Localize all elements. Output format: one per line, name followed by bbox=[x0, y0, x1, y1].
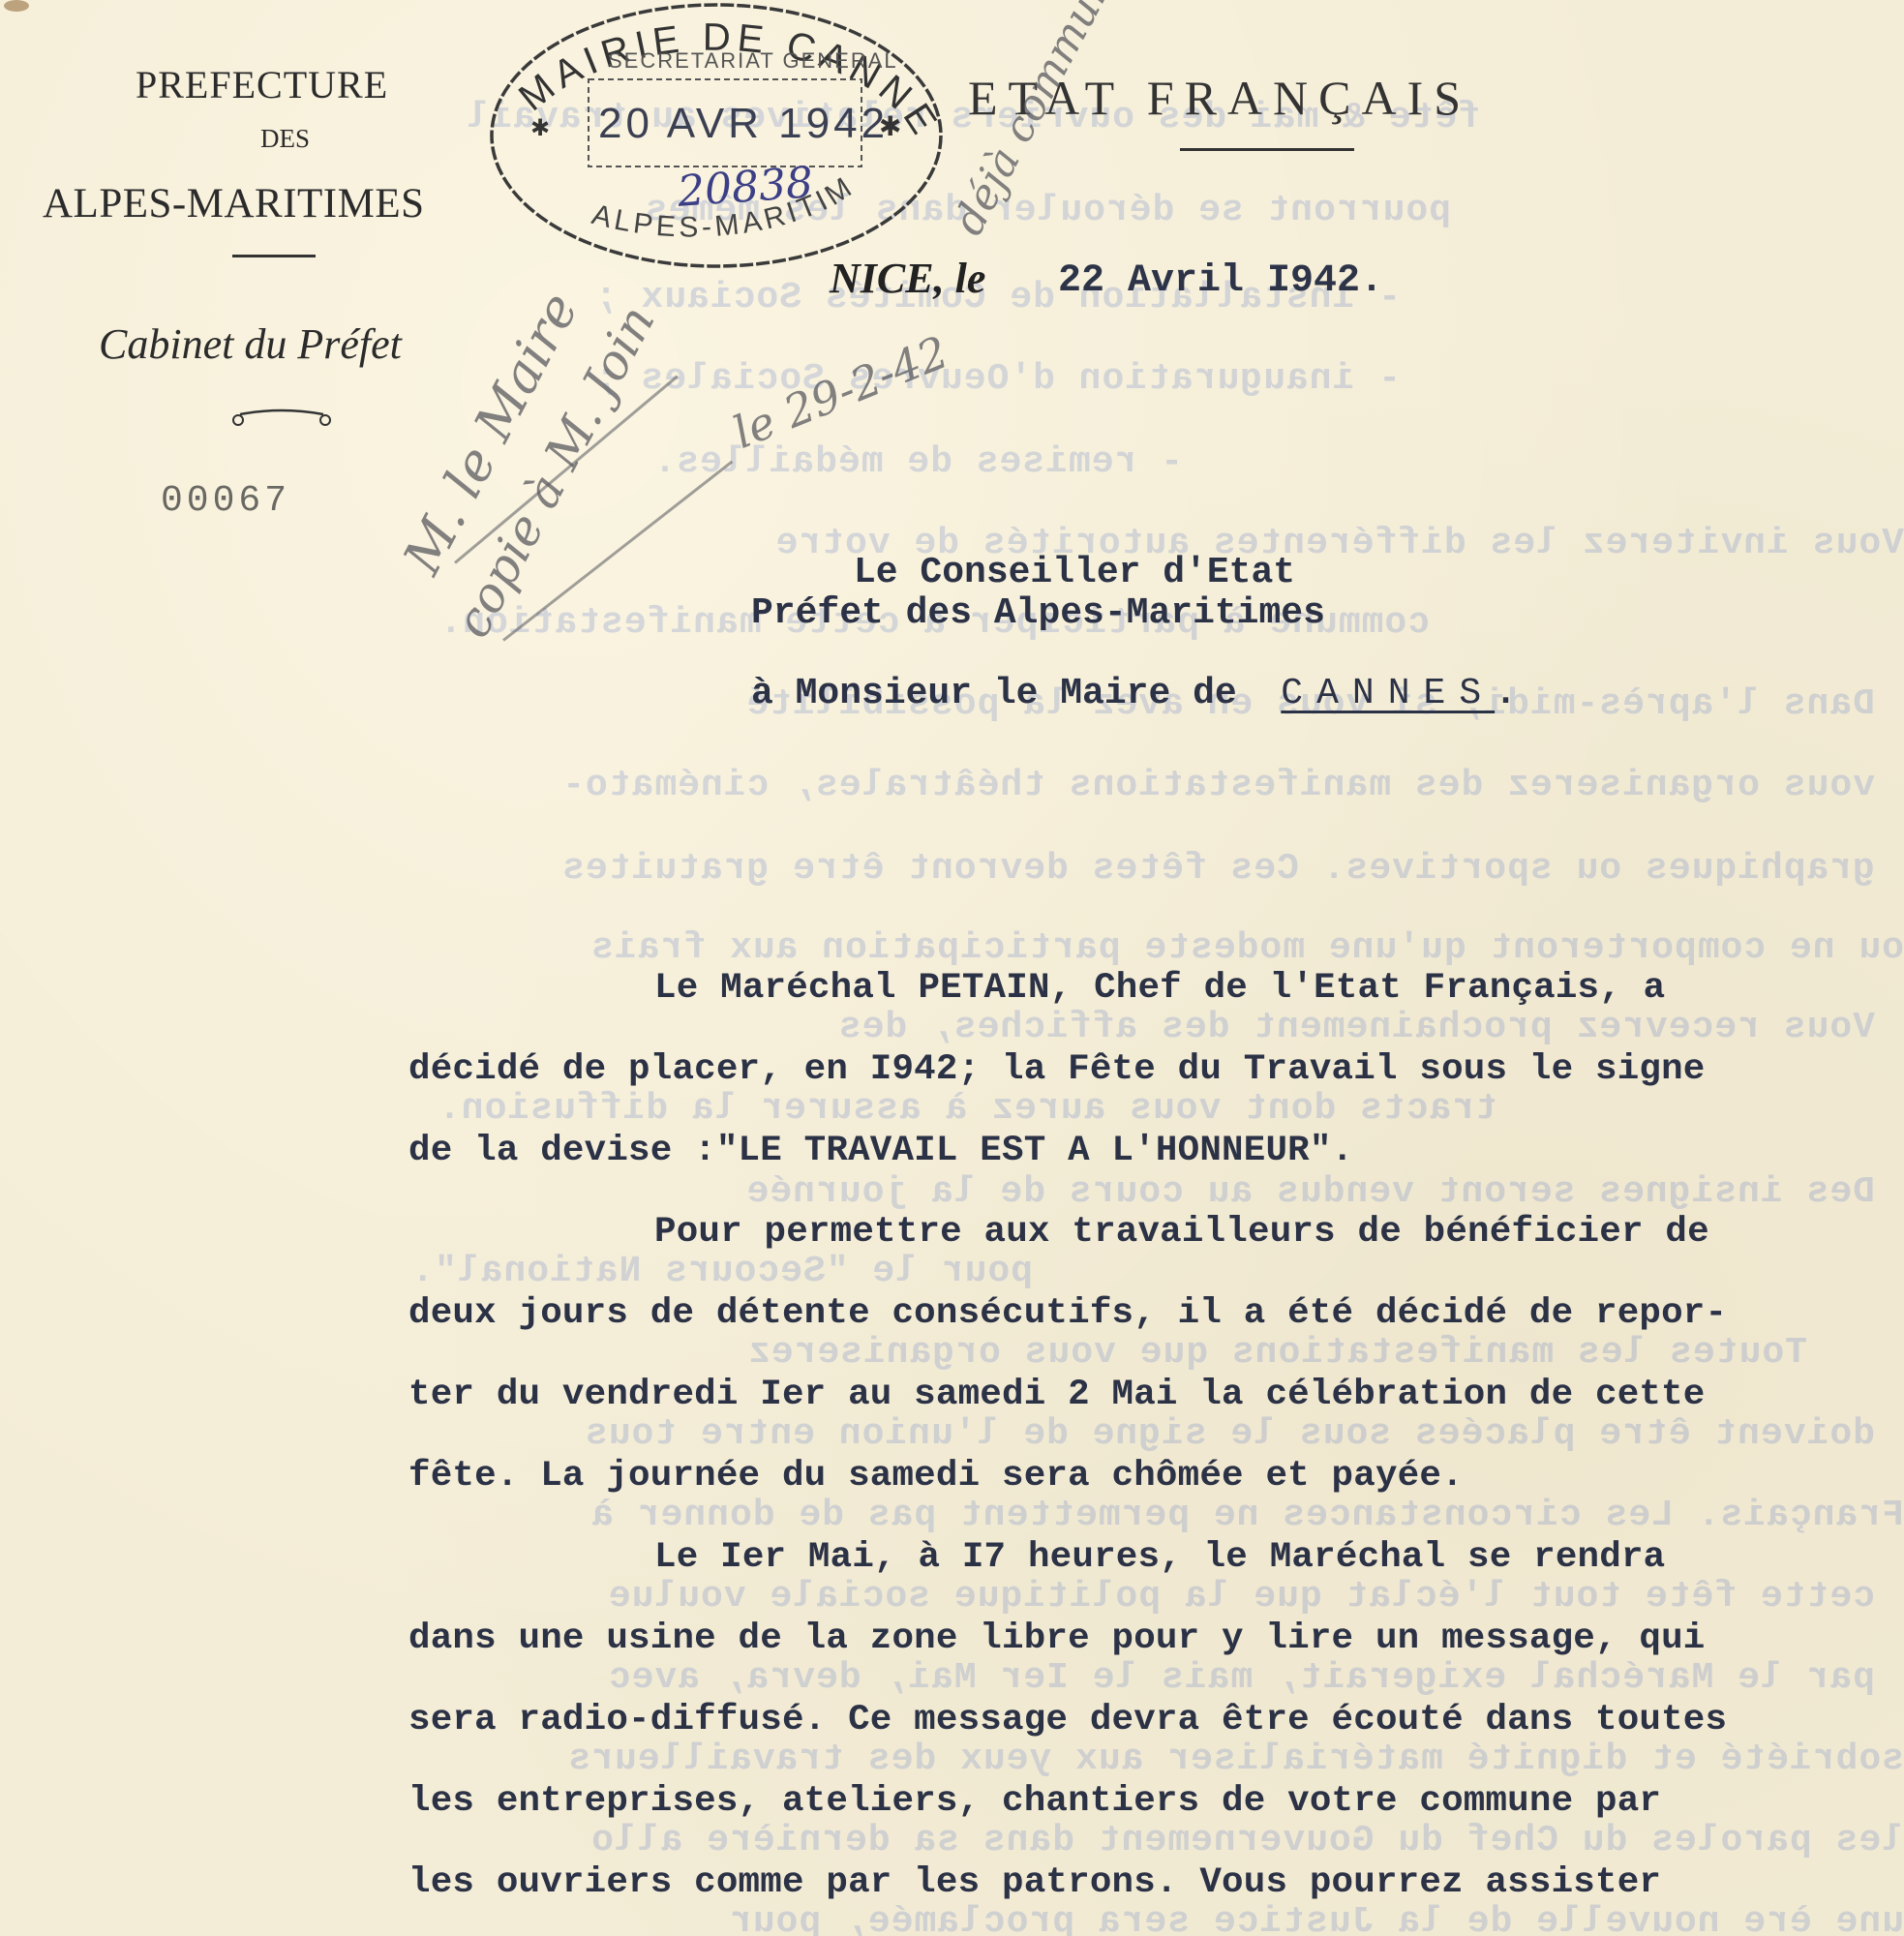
bleed-line: graphiques ou sportives. Ces fêtes devro… bbox=[561, 848, 1875, 890]
letterhead-prefecture: PREFECTURE bbox=[136, 62, 388, 107]
letterhead-des: DES bbox=[260, 124, 310, 154]
body-line: Pour permettre aux travailleurs de bénéf… bbox=[654, 1212, 1709, 1253]
bleed-line: doivent être placées sous le signe de l'… bbox=[585, 1413, 1875, 1455]
body-line: les entreprises, ateliers, chantiers de … bbox=[408, 1781, 1661, 1822]
body-line: de la devise :"LE TRAVAIL EST A L'HONNEU… bbox=[408, 1131, 1353, 1171]
stamp-registration-number: 20838 bbox=[676, 158, 814, 217]
bleed-line: Français. Les circonstances ne permetten… bbox=[590, 1495, 1904, 1536]
letterhead-office: Cabinet du Préfet bbox=[99, 319, 402, 369]
letterhead-divider bbox=[232, 255, 316, 257]
stain-mark bbox=[4, 0, 29, 12]
bleed-line: sobriété et dignité matérialiser aux yeu… bbox=[567, 1739, 1904, 1780]
letterhead-department: ALPES-MARITIMES bbox=[43, 180, 425, 227]
reference-number: 00067 bbox=[161, 480, 290, 522]
bleed-line: Toutes les manifestations que vous organ… bbox=[747, 1332, 1807, 1374]
body-line: ter du vendredi Ier au samedi 2 Mai la c… bbox=[408, 1375, 1706, 1415]
recipient-line: à Monsieur le Maire de CANNES. bbox=[751, 673, 1517, 714]
letter-date: 22 Avril I942. bbox=[1058, 259, 1383, 303]
svg-text:✱: ✱ bbox=[879, 110, 901, 142]
bleed-line: - inauguration d'Oeuvres Sociales ; bbox=[594, 358, 1401, 400]
bleed-line: tracts dont vous aurez à assurer la diff… bbox=[438, 1088, 1497, 1130]
body-line: fête. La journée du samedi sera chômée e… bbox=[408, 1456, 1464, 1497]
stamp-inner-top: SECRETARIAT GENERAL bbox=[608, 48, 898, 73]
recipient-city: CANNES bbox=[1281, 673, 1495, 714]
bleed-line: Vous recevrez prochainement des affiches… bbox=[838, 1007, 1875, 1048]
stamp-oval-icon: MAIRIE DE CANNES SECRETARIAT GENERAL 20 … bbox=[484, 0, 949, 281]
body-line: Le Ier Mai, à I7 heures, le Maréchal se … bbox=[654, 1537, 1665, 1578]
letterhead-state-divider bbox=[1180, 148, 1354, 151]
body-line: Le Maréchal PETAIN, Chef de l'Etat Franç… bbox=[654, 968, 1665, 1009]
bleed-line: Des insignes seront vendus au cours de l… bbox=[746, 1171, 1875, 1213]
bleed-line: une ère nouvelle de la Justice sera proc… bbox=[729, 1901, 1904, 1936]
bleed-line: par le Maréchal exigerait, mais le Ier M… bbox=[608, 1657, 1875, 1699]
bleed-line: cette fête tout l'éclat que la politique… bbox=[608, 1576, 1875, 1618]
sender-office: Préfet des Alpes-Maritimes bbox=[751, 592, 1325, 634]
body-line: deux jours de détente consécutifs, il a … bbox=[408, 1293, 1727, 1334]
stamp-date: 20 AVR 1942 bbox=[598, 100, 889, 147]
body-line: les ouvriers comme par les patrons. Vous… bbox=[408, 1862, 1661, 1903]
pencil-annotation-date: le 29-2-42 bbox=[726, 325, 955, 459]
body-line: sera radio-diffusé. Ce message devra êtr… bbox=[408, 1700, 1727, 1740]
recipient-prefix: à Monsieur le Maire de bbox=[751, 673, 1237, 714]
bleed-line: ou ne comporteront qu'une modeste partic… bbox=[590, 927, 1904, 969]
body-line: décidé de placer, en I942; la Fête du Tr… bbox=[408, 1049, 1706, 1090]
svg-text:✱: ✱ bbox=[530, 114, 550, 141]
mairie-reception-stamp: MAIRIE DE CANNES SECRETARIAT GENERAL 20 … bbox=[484, 0, 949, 281]
sender-title: Le Conseiller d'Etat bbox=[854, 552, 1295, 593]
recipient-suffix: . bbox=[1495, 673, 1517, 714]
body-line: dans une usine de la zone libre pour y l… bbox=[408, 1618, 1706, 1659]
bleed-line: les paroles du Chef du Gouvernement dans… bbox=[590, 1820, 1904, 1861]
bleed-line: pour le "Secours National". bbox=[410, 1251, 1033, 1292]
flourish-ornament-icon bbox=[230, 407, 333, 430]
bleed-line: vous organiserez des manifestations théâ… bbox=[561, 765, 1875, 806]
